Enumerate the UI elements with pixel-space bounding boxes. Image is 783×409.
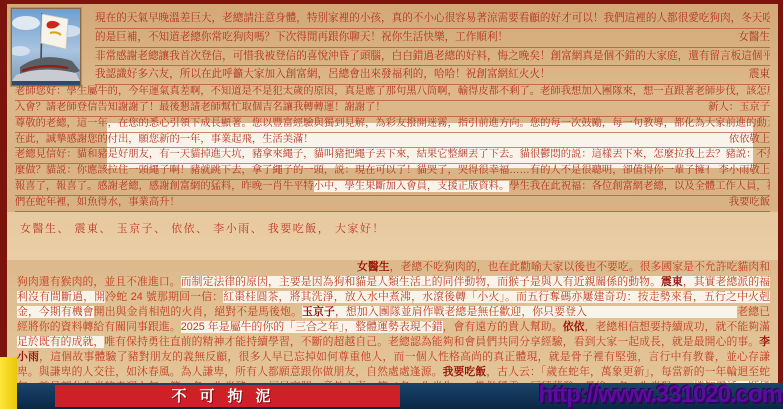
message-line-text: 們在蛇年裡，如魚得水，事業高升！	[15, 196, 180, 211]
member-name: 震東	[661, 276, 683, 288]
message-board-page: 現在的天氣早晚溫差巨大，老總請注意身體，特別家裡的小孩，真的不小心很容易著涼需要…	[0, 0, 783, 409]
message-line: 們在蛇年裡，如魚得水，事業高升！我要吃飯	[15, 196, 770, 212]
message-text: 們在蛇年裡，如魚得水，事業高升！	[15, 197, 180, 208]
message-line-text: 現在的天氣早晚溫差巨大，老總請注意身體，特別家裡的小孩，真的不小心很容易著涼需要…	[95, 12, 770, 24]
message-line: 在此，誠摯感謝您的付出，願您新的一年，事業起飛，生活美滿！依依敬上	[15, 133, 770, 149]
member-name: 依依	[563, 321, 585, 333]
message-text: ，老總相信想要持續成功，就不能夠滿	[585, 321, 770, 333]
message-text: 報喜了，報喜了。感謝老總，感謝創富網的猛料，昨晚一肖牛平特	[15, 181, 314, 192]
message-text: ，想加入團隊並肩作戰老總是無任歡迎，你只要登入	[335, 306, 587, 318]
message-text: 的是巨補，不知道老總你常吃狗肉嗎？下次得閒再跟你聊天！祝你生活快樂，工作順利！	[95, 31, 508, 43]
messages-beside-photo: 現在的天氣早晚溫差巨大，老總請注意身體，特別家裡的小孩，真的不小心很容易著涼需要…	[95, 10, 770, 85]
message-line: 的是巨補，不知道老總你常吃狗肉嗎？下次得閒再跟你聊天！祝你生活快樂，工作順利！女…	[95, 29, 770, 48]
message-text: 唯有保持勇往直前的精神才能持續學習，不斷的超越自己。老總認為能夠和會員們共同分享…	[104, 336, 759, 348]
redacted-blank	[587, 306, 737, 318]
message-line: 非常感謝老總讓我首次登信，可惜我被登信的喜悅沖昏了頭腦，白白錯過老總的好料，悔之…	[95, 48, 770, 67]
message-signature: 震東	[739, 66, 770, 84]
message-text: 尊敬的老總，這一年，在您的悉心引領下成長顯著。您以豐富經驗與獨到見解，為彩友撥開…	[15, 118, 770, 129]
parchment-background: 現在的天氣早晚溫差巨大，老總請注意身體，特別家裡的小孩，真的不小心很容易著涼需要…	[7, 4, 778, 383]
message-signature: 女醫生	[728, 29, 770, 47]
message-line-text: 麼做？貓説：你應該拉住一頭繩子啊！豬就跳下去，拿了繩子的一頭，説：現在可以了！貓…	[15, 164, 709, 179]
message-line-text: 報喜了，報喜了。感謝老總，感謝創富網的猛料，昨晚一肖牛平特小中，學生果斷加入會員…	[15, 181, 770, 192]
message-line-text: 入會？請老師登信告知謝謝了！最後懇請老師幫忙取個吉名讓我轉轉運！謝謝了！	[15, 101, 386, 116]
message-line-text: 的是巨補，不知道老總你常吃狗肉嗎？下次得閒再跟你聊天！祝你生活快樂，工作順利！	[95, 29, 508, 47]
message-line-text: 老師您好：學生屬牛的，今年運氣真差啊，不知道是不是犯太歲的原因，真是應了那句黑八…	[15, 86, 770, 97]
boss-reply-paragraph: 女醫生，老總不吃狗肉的，也在此勸喻大家以後也不要吃。很多國家是不允許吃貓肉和狗肉…	[7, 260, 778, 383]
message-line-text: 我認識好多六友，所以在此呼籲大家加入創富網，呂總會出來發福利的，哈哈！祝創富網紅…	[95, 66, 551, 84]
greeting-text: 女醫生、 震東、 玉京子、 依依、 李小雨、 我要吃飯， 大家好！	[20, 223, 385, 235]
url-text: http://www.331020.com	[538, 381, 782, 408]
message-text: 麼做？貓説：你應該拉住一頭繩子啊！豬就跳下去，拿了繩子的一頭，説：現在可以了！貓…	[15, 165, 709, 176]
message-text: 開出與金肖相剋的火肖，絕對不是馬後炮。	[94, 306, 302, 318]
message-line-text: 老總見信好：貓和豬是好朋友，有一天貓掉進大坑，豬拿來繩子，貓叫豬把繩子丟下來，結…	[15, 149, 770, 160]
message-line: 老師您好：學生屬牛的，今年運氣真差啊，不知道是不是犯太歲的原因，真是應了那句黑八…	[15, 85, 770, 101]
message-signature: 新人：玉京子	[698, 101, 770, 116]
member-name: 我要吃飯	[443, 366, 487, 378]
stamp-text: 不可拘泥	[171, 388, 283, 405]
message-line: 報喜了，報喜了。感謝老總，感謝創富網的猛料，昨晚一肖牛平特小中，學生果斷加入會員…	[15, 180, 770, 196]
message-line-text: 非常感謝老總讓我首次登信，可惜我被登信的喜悅沖昏了頭腦，白白錯過老總的好料，悔之…	[95, 50, 770, 62]
message-text: 現在的天氣早晚溫差巨大，老總請注意身體，特別家裡的小孩，真的不小心很容易著涼需要…	[95, 12, 770, 24]
message-text: 在此，誠摯感謝您的付出，願您新的一年，事業起飛，生活美滿！	[15, 134, 314, 145]
visitor-messages-section: 現在的天氣早晚溫差巨大，老總請注意身體，特別家裡的小孩，真的不小心很容易著涼需要…	[7, 4, 778, 212]
stamp-banner: 不可拘泥	[55, 385, 400, 407]
message-text: 入會？請老師登信告知謝謝了！最後懇請老師幫忙取個吉名讓我轉轉運！謝謝了！	[15, 102, 386, 113]
message-text: 非常感謝老總讓我首次登信，可惜我被登信的喜悅沖昏了頭腦，白白錯過老總的好料，悔之…	[95, 50, 770, 62]
site-url-watermark: http://www.331020.com	[538, 381, 782, 409]
yellow-corner-ribbon	[0, 357, 17, 409]
message-line: 尊敬的老總，這一年，在您的悉心引領下成長顯著。您以豐富經驗與獨到見解，為彩友撥開…	[15, 117, 770, 133]
message-text: ，會有遠方的貴人幫助。	[443, 321, 563, 333]
member-name: 玉京子	[302, 306, 335, 318]
message-text: 學生我在此祝福：各位創富網老總，以及全體工作人員，祝您	[509, 181, 770, 192]
message-text: 老總見信好：貓和豬是好朋友，有一天貓掉進大坑，豬拿來繩子，貓叫豬把繩子丟下來，結…	[15, 149, 770, 160]
message-line: 入會？請老師登信告知謝謝了！最後懇請老師幫忙取個吉名讓我轉轉運！謝謝了！新人：玉…	[15, 101, 770, 117]
message-signature: 我要吃飯	[719, 196, 770, 211]
message-line: 老總見信好：貓和豬是好朋友，有一天貓掉進大坑，豬拿來繩子，貓叫豬把繩子丟下來，結…	[15, 148, 770, 164]
boss-reply-greeting: 女醫生、 震東、 玉京子、 依依、 李小雨、 我要吃飯， 大家好！	[7, 212, 778, 260]
message-line: 我認識好多六友，所以在此呼籲大家加入創富網，呂總會出來發福利的，哈哈！祝創富網紅…	[95, 66, 770, 85]
message-line: 麼做？貓説：你應該拉住一頭繩子啊！豬就跳下去，拿了繩子的一頭，説：現在可以了！貓…	[15, 164, 770, 180]
message-text: 小中，學生果斷加入會員，支援正版資料。	[314, 181, 510, 192]
message-line: 現在的天氣早晚溫差巨大，老總請注意身體，特別家裡的小孩，真的不小心很容易著涼需要…	[95, 10, 770, 29]
messages-full-width: 老師您好：學生屬牛的，今年運氣真差啊，不知道是不是犯太歲的原因，真是應了那句黑八…	[15, 85, 770, 211]
message-text: 老師您好：學生屬牛的，今年運氣真差啊，不知道是不是犯太歲的原因，真是應了那句黑八…	[15, 86, 770, 97]
message-text: 冷蛇 24 號那期回一信：	[105, 291, 223, 303]
message-text: 2025 年是屬牛的你的「三合之年」，整體運勢表現不錯	[181, 321, 443, 333]
message-line-text: 尊敬的老總，這一年，在您的悉心引領下成長顯著。您以豐富經驗與獨到見解，為彩友撥開…	[15, 118, 770, 129]
message-text: 我認識好多六友，所以在此呼籲大家加入創富網，呂總會出來發福利的，哈哈！祝創富網紅…	[95, 68, 551, 80]
message-signature: 李小雨敬上	[709, 164, 770, 179]
message-signature: 依依敬上	[719, 133, 770, 148]
member-name: 女醫生	[357, 261, 390, 273]
message-text: 而制定法律的原因，主要是因為狗和貓是人類生活上的同伴動物，而猴子是與人有近親關係…	[181, 276, 661, 288]
message-text: 足於既有的成就，	[17, 336, 104, 348]
message-line-text: 在此，誠摯感謝您的付出，願您新的一年，事業起飛，生活美滿！	[15, 133, 314, 148]
